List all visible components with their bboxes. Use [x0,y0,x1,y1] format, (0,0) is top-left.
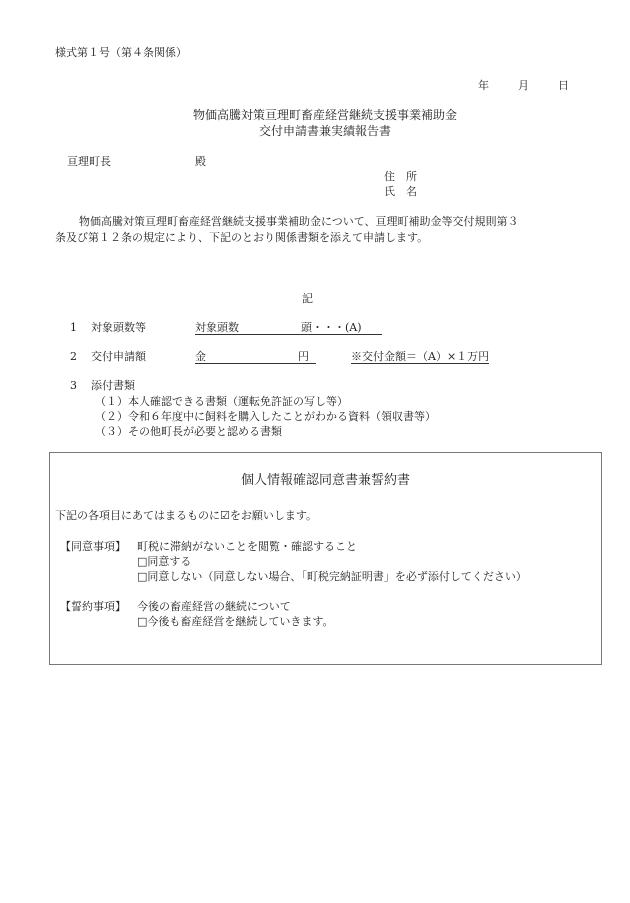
consent-instruction: 下記の各項目にあてはまるものに☑をお願いします。 [55,510,317,521]
body-line-2: 条及び第１２条の規定により、下記のとおり関係書類を添えて申請します。 [55,232,428,243]
amount-formula: ※交付金額＝（A）×１万円 [351,351,489,364]
item-2-number: 2 [70,351,77,362]
target-head-count-unit: 頭・・・(A) [301,321,362,334]
consent-agree-checkbox[interactable]: □同意する [137,556,191,567]
pledge-heading: 【誓約事項】 [60,601,126,612]
address-label: 住 所 [384,171,417,182]
date-month: 月 [518,79,529,92]
item-1-label: 対象頭数等 [91,322,146,333]
target-head-count-field[interactable]: 対象頭数 頭・・・(A) [195,322,382,335]
attachment-doc-2: （２）令和６年度中に飼料を購入したことがわかる資料（領収書等） [95,411,436,422]
attachment-doc-1: （１）本人確認できる書類（運転免許証の写し等） [95,396,348,407]
application-amount-field[interactable]: 金 円 [195,351,316,364]
amount-unit: 円 [298,350,309,363]
pledge-text: 今後の畜産経営の継続について [137,601,291,612]
date-year: 年 [478,79,489,92]
consent-disagree-checkbox[interactable]: □同意しない（同意しない場合、「町税完納証明書」を必ず添付してください） [137,571,527,582]
item-3-number: 3 [70,380,77,391]
ki-heading: 記 [302,293,313,304]
consent-heading: 【同意事項】 [60,541,126,552]
title-line-2: 交付申請書兼実績報告書 [0,125,630,137]
attachment-doc-3: （３）その他町長が必要と認める書類 [95,426,282,437]
title-line-1: 物価高騰対策亘理町畜産経営継続支援事業補助金 [0,109,630,121]
consent-box-title: 個人情報確認同意書兼誓約書 [49,474,602,487]
pledge-continue-checkbox[interactable]: □今後も畜産経営を継続していきます。 [137,616,334,627]
body-line-1: 物価高騰対策亘理町畜産経営継続支援事業補助金について、亘理町補助金等交付規則第３ [79,216,519,227]
addressee-name: 亘理町長 [67,156,111,167]
form-id: 様式第１号（第４条関係） [55,47,187,58]
addressee-honorific: 殿 [195,156,206,167]
consent-text: 町税に滞納がないことを閲覧・確認すること [137,541,357,552]
item-3-label: 添付書類 [91,380,135,391]
date-line: 年 月 日 [478,80,569,91]
target-head-count-label: 対象頭数 [195,321,239,334]
amount-prefix: 金 [195,350,206,363]
date-day: 日 [558,79,569,92]
name-label: 氏 名 [384,186,417,197]
item-1-number: 1 [70,322,77,333]
item-2-label: 交付申請額 [91,351,146,362]
